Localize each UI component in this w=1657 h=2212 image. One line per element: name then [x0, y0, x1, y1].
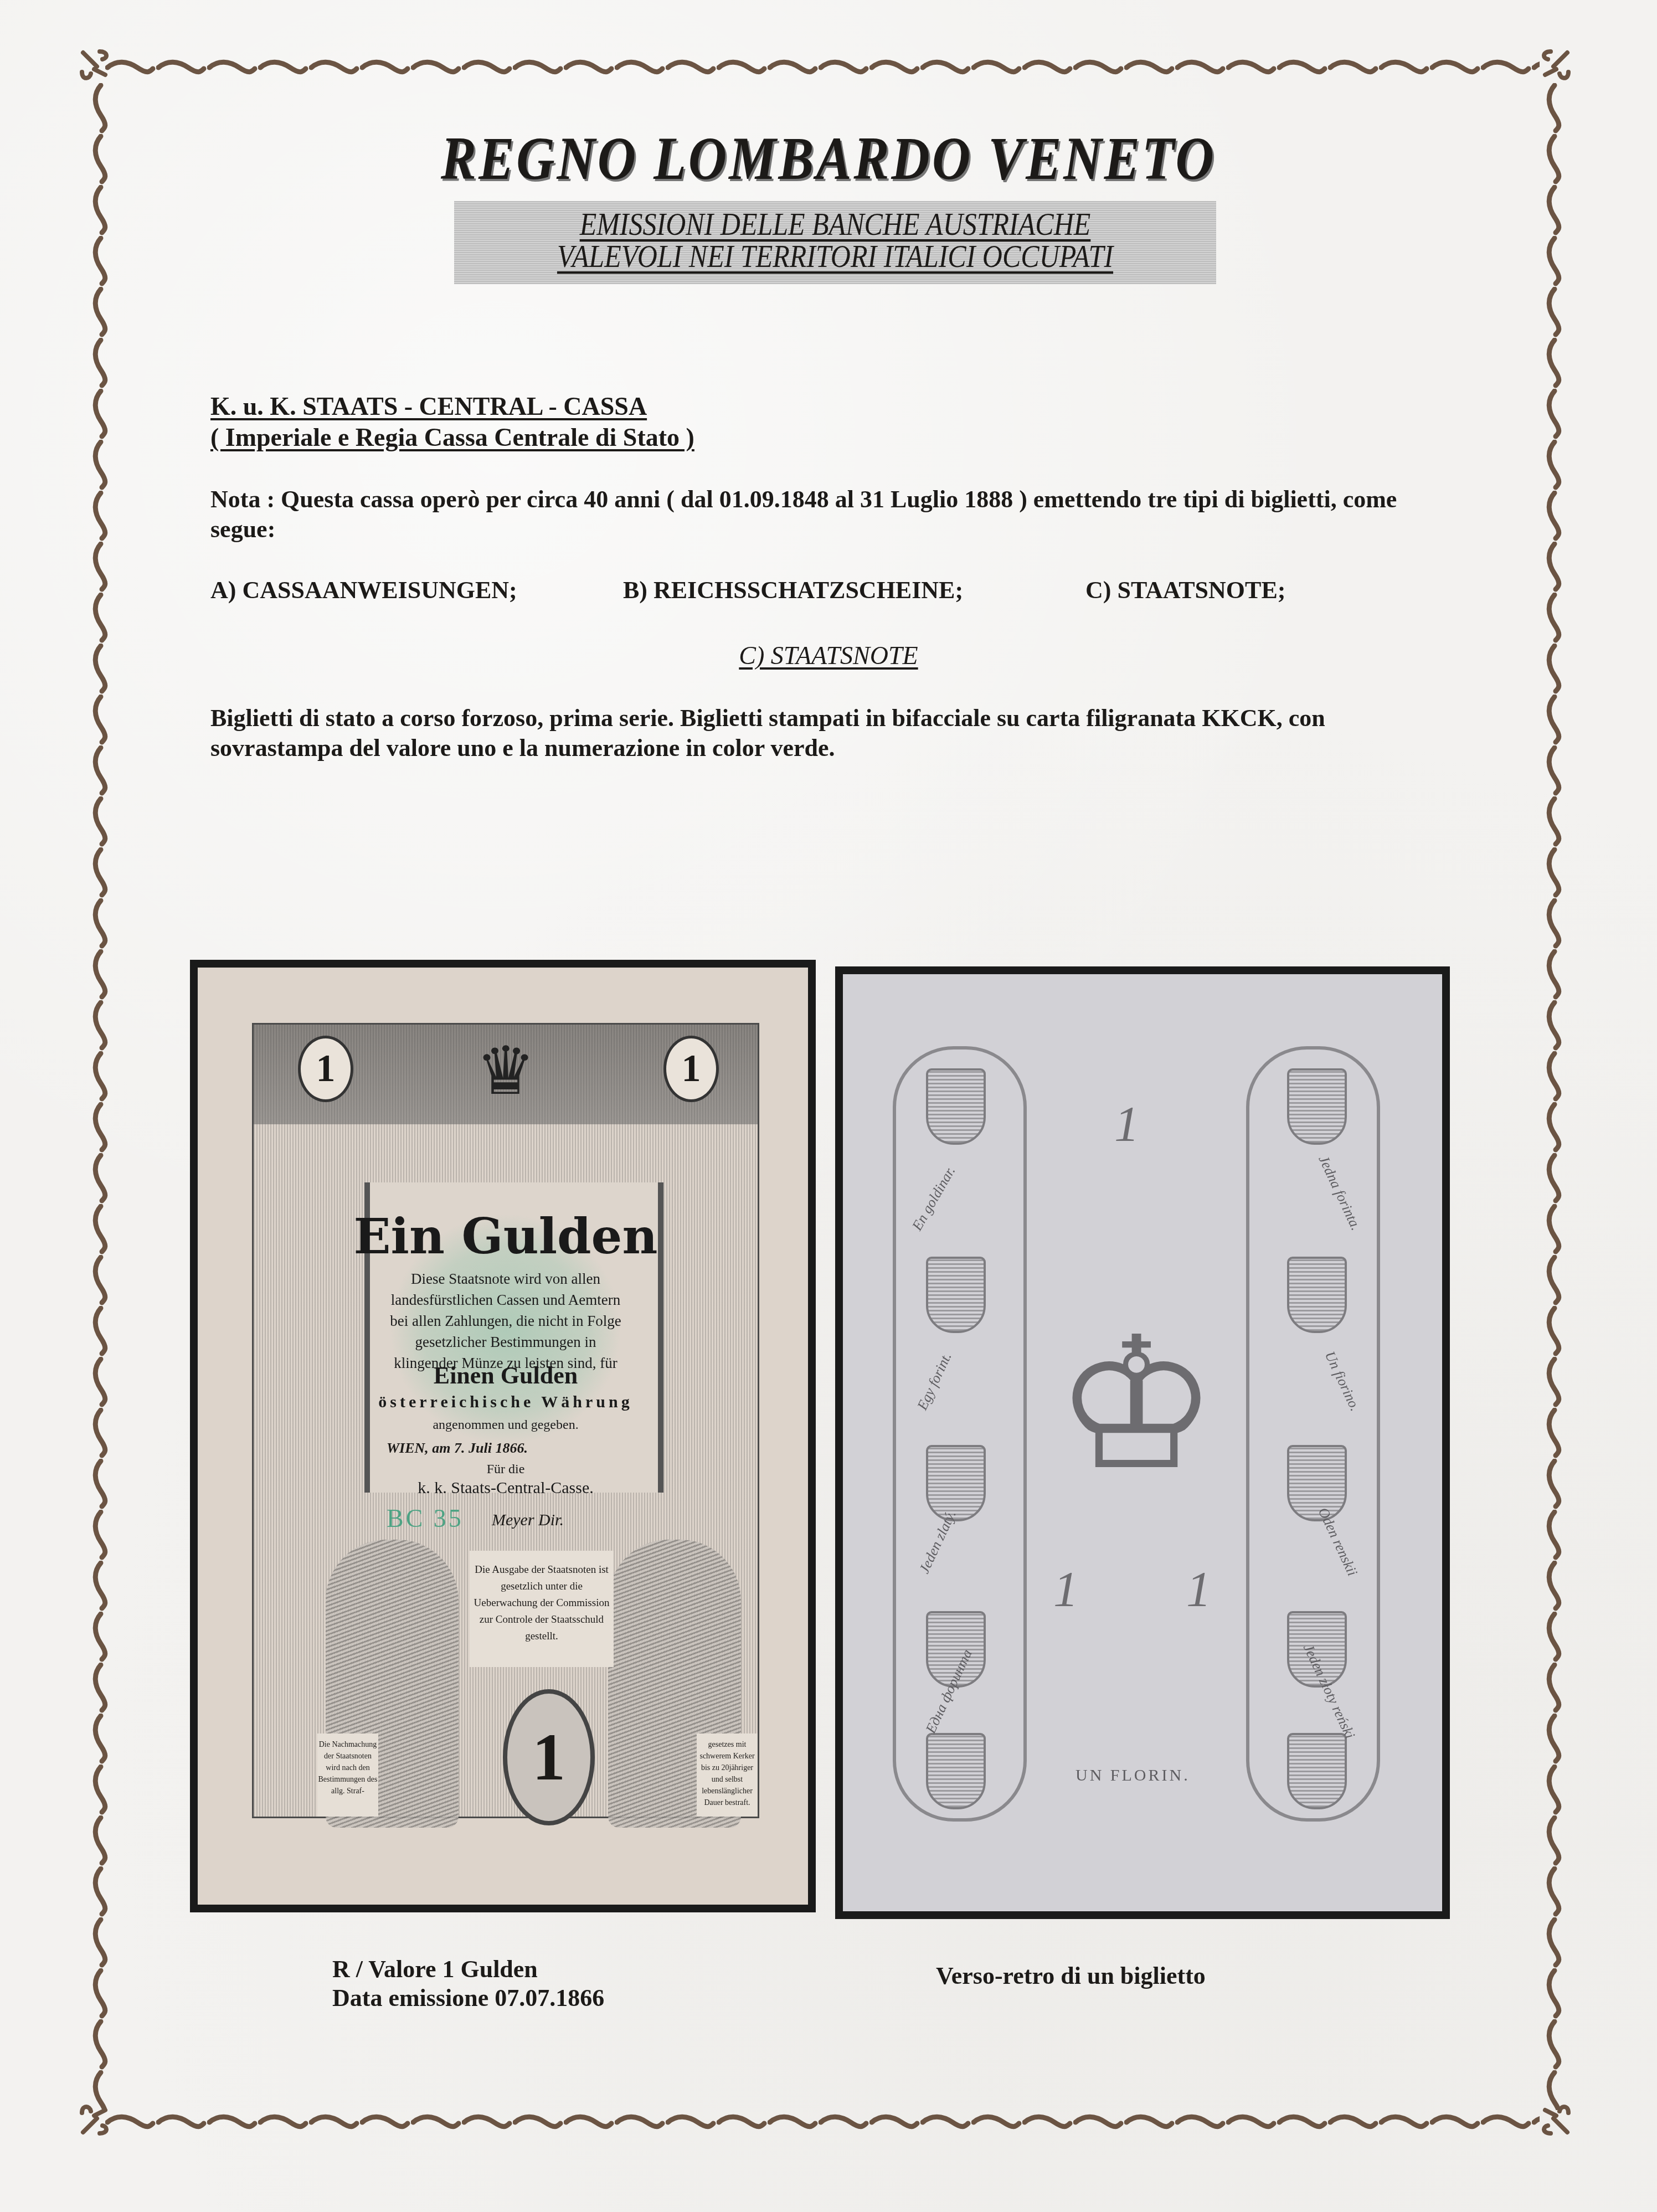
- corner-ornament-icon: [78, 47, 116, 86]
- coat-of-arms-icon: [926, 1445, 986, 1521]
- subtitle-banner: EMISSIONI DELLE BANCHE AUSTRIACHE VALEVO…: [454, 201, 1216, 284]
- note-type-c: C) STAATSNOTE;: [1085, 576, 1285, 604]
- engraved-frame: 1 1 ♛ Ein Gulden Diese Staatsnote wird v…: [252, 1023, 759, 1818]
- coat-of-arms-icon: [1287, 1068, 1347, 1145]
- scroll-band-right: [1246, 1046, 1380, 1822]
- back-value-right: 1: [1186, 1561, 1211, 1618]
- corner-ornament-icon: [1534, 2099, 1573, 2138]
- coat-of-arms-icon: [926, 1257, 986, 1333]
- note-title: Ein Gulden: [254, 1207, 758, 1265]
- back-engraving: En goldinar. Jedna forinta. Egy forint. …: [893, 1046, 1380, 1822]
- decorative-border-right: [1542, 83, 1565, 2110]
- value-medallion-left: 1: [298, 1036, 353, 1102]
- note-amount: Einen Gulden: [254, 1361, 758, 1390]
- decorative-border-left: [89, 83, 111, 2110]
- note-type-b: B) REICHSSCHATZSCHEINE;: [623, 576, 963, 604]
- corner-ornament-icon: [1534, 47, 1573, 86]
- imperial-eagle-icon: ♔: [1037, 1262, 1236, 1550]
- decorative-border-top: [105, 55, 1540, 78]
- decorative-border-bottom: [105, 2110, 1540, 2132]
- value-oval-medallion: 1: [503, 1689, 595, 1825]
- corner-ornament-icon: [78, 2099, 116, 2138]
- back-value-left: 1: [1053, 1561, 1078, 1618]
- front-caption: R / Valore 1 Gulden Data emissione 07.07…: [332, 1955, 604, 2013]
- note-fuer: Für die: [254, 1462, 758, 1477]
- note-type-a: A) CASSAANWEISUNGEN;: [210, 576, 517, 604]
- note-warning-left: Die Nachmachung der Staatsnoten wird nac…: [317, 1733, 378, 1817]
- note-warning-right: gesetzes mit schwerem Kerker bis zu 20jä…: [697, 1733, 758, 1817]
- section-subheading: ( Imperiale e Regia Cassa Centrale di St…: [210, 423, 694, 452]
- back-banknote-image: En goldinar. Jedna forinta. Egy forint. …: [835, 966, 1450, 1919]
- front-caption-date: Data emissione 07.07.1866: [332, 1984, 604, 2013]
- note-serial: BC 35: [387, 1504, 464, 1533]
- note-issuer: k. k. Staats-Central-Casse.: [254, 1479, 758, 1498]
- back-bottom-label: UN FLORIN.: [1075, 1766, 1190, 1785]
- note-place-date: WIEN, am 7. Juli 1866.: [387, 1440, 528, 1457]
- coat-of-arms-icon: [1287, 1445, 1347, 1521]
- front-banknote-image: 1 1 ♛ Ein Gulden Diese Staatsnote wird v…: [190, 960, 816, 1912]
- banknote-front: 1 1 ♛ Ein Gulden Diese Staatsnote wird v…: [198, 968, 808, 1905]
- note-paragraph: Nota : Questa cassa operò per circa 40 a…: [210, 485, 1462, 544]
- note-currency: österreichische Währung: [254, 1393, 758, 1412]
- coat-of-arms-icon: [1287, 1733, 1347, 1809]
- banknote-back: En goldinar. Jedna forinta. Egy forint. …: [843, 974, 1442, 1911]
- coat-of-arms-icon: [926, 1068, 986, 1145]
- double-headed-eagle-icon: ♛: [470, 1036, 542, 1108]
- note-body-text: Diese Staatsnote wird von allen landesfü…: [387, 1268, 625, 1374]
- note-accepted: angenommen und gegeben.: [254, 1418, 758, 1433]
- coat-of-arms-icon: [926, 1733, 986, 1809]
- value-medallion-right: 1: [663, 1036, 719, 1102]
- front-caption-value: R / Valore 1 Gulden: [332, 1955, 604, 1984]
- back-value-top: 1: [1114, 1096, 1139, 1153]
- note-center-box: Die Ausgabe der Staatsnoten ist gesetzli…: [470, 1551, 614, 1667]
- section-heading: K. u. K. STAATS - CENTRAL - CASSA: [210, 392, 647, 421]
- note-signature: Meyer Dir.: [492, 1511, 564, 1530]
- description-paragraph: Biglietti di stato a corso forzoso, prim…: [210, 703, 1462, 763]
- page-title: REGNO LOMBARDO VENETO: [0, 123, 1657, 194]
- coat-of-arms-icon: [1287, 1257, 1347, 1333]
- subsection-title: C) STAATSNOTE: [0, 641, 1657, 670]
- back-caption: Verso-retro di un biglietto: [936, 1962, 1206, 1990]
- banner-line-2: VALEVOLI NEI TERRITORI ITALICI OCCUPATI: [454, 239, 1216, 275]
- scroll-band-left: [893, 1046, 1027, 1822]
- banner-line-1: EMISSIONI DELLE BANCHE AUSTRIACHE: [454, 207, 1216, 243]
